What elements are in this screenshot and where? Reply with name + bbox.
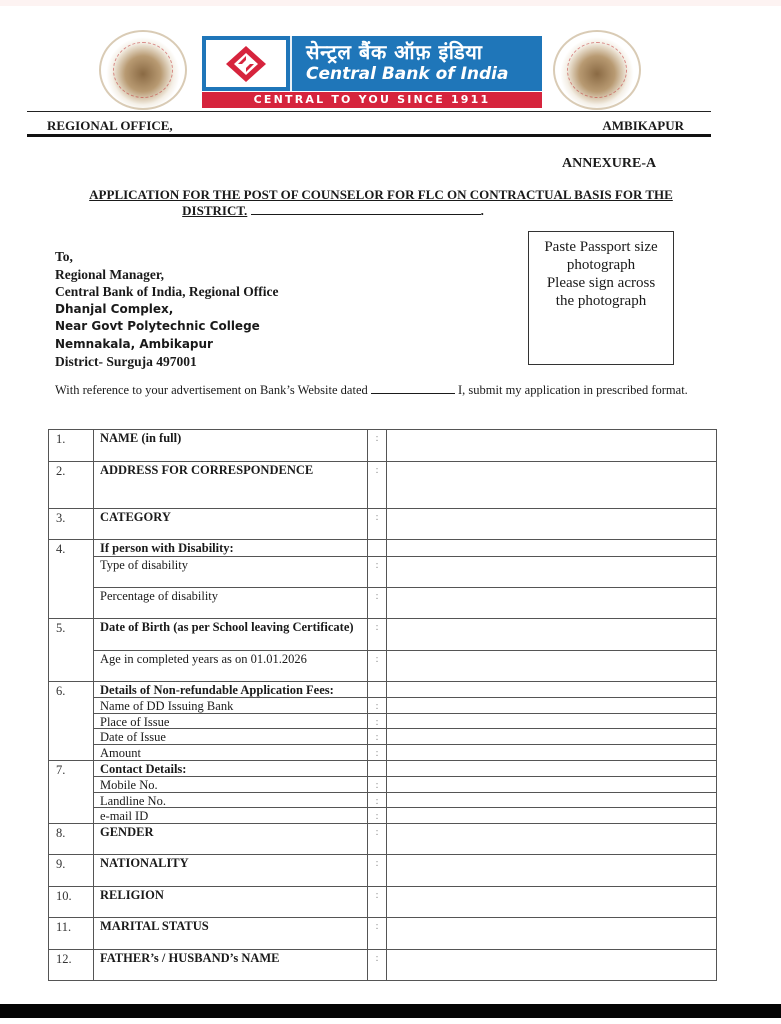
- field-value-input: [387, 540, 716, 556]
- field-label: NATIONALITY: [94, 855, 367, 886]
- address-line: District- Surguja 497001: [55, 353, 279, 371]
- photo-instruction: Paste Passport size: [529, 238, 673, 256]
- field-label: Amount: [94, 745, 367, 760]
- field-separator: :: [367, 824, 387, 855]
- field-label: CATEGORY: [94, 509, 367, 540]
- field-separator: :: [367, 698, 387, 713]
- form-field-row: CATEGORY:: [94, 509, 716, 540]
- photo-instruction: photograph: [529, 256, 673, 274]
- address-salutation: To,: [55, 248, 279, 266]
- form-field-row: Type of disability:: [94, 556, 716, 587]
- row-number: 3.: [49, 509, 93, 540]
- field-separator: [367, 761, 387, 777]
- field-value-input[interactable]: [387, 918, 716, 949]
- field-separator: :: [367, 793, 387, 808]
- row-number: 5.: [49, 619, 93, 681]
- field-label: ADDRESS FOR CORRESPONDENCE: [94, 462, 367, 508]
- field-value-input[interactable]: [387, 808, 716, 823]
- form-field-row: NAME (in full):: [94, 430, 716, 461]
- field-separator: :: [367, 430, 387, 461]
- top-edge-tint: [0, 0, 781, 6]
- row-number: 2.: [49, 462, 93, 508]
- form-field-row: Amount:: [94, 744, 716, 760]
- row-number: 10.: [49, 887, 93, 918]
- centenary-seal-icon: [553, 30, 641, 110]
- form-row: 10.RELIGION:: [49, 886, 716, 918]
- title-line-1: APPLICATION FOR THE POST OF COUNSELOR FO…: [89, 187, 673, 202]
- row-fields: Contact Details:Mobile No.:Landline No.:…: [93, 761, 716, 823]
- field-value-input[interactable]: [387, 651, 716, 681]
- field-separator: :: [367, 714, 387, 729]
- row-number: 9.: [49, 855, 93, 886]
- field-label: Date of Issue: [94, 729, 367, 744]
- page-footer-bar: [0, 1004, 781, 1018]
- field-separator: :: [367, 808, 387, 823]
- office-label-right: AMBIKAPUR: [602, 118, 684, 134]
- annexure-label: ANNEXURE-A: [562, 156, 656, 172]
- field-value-input[interactable]: [387, 745, 716, 760]
- form-field-row: Contact Details:: [94, 761, 716, 777]
- field-separator: :: [367, 619, 387, 650]
- row-fields: FATHER’s / HUSBAND’s NAME:: [93, 950, 716, 981]
- photo-instruction: Please sign across: [529, 274, 673, 292]
- field-separator: :: [367, 462, 387, 508]
- field-separator: [367, 540, 387, 556]
- field-label: Age in completed years as on 01.01.2026: [94, 651, 367, 681]
- address-line: Nemnakala, Ambikapur: [55, 336, 279, 354]
- field-value-input: [387, 682, 716, 698]
- form-row: 8.GENDER:: [49, 823, 716, 855]
- row-fields: Date of Birth (as per School leaving Cer…: [93, 619, 716, 681]
- title-district-label: DISTRICT.: [182, 203, 247, 218]
- row-number: 8.: [49, 824, 93, 855]
- row-number: 12.: [49, 950, 93, 981]
- field-value-input[interactable]: [387, 698, 716, 713]
- row-fields: If person with Disability:Type of disabi…: [93, 540, 716, 618]
- field-separator: :: [367, 887, 387, 918]
- central-bank-logo-icon: [224, 44, 268, 84]
- photo-instruction: the photograph: [529, 292, 673, 310]
- form-field-row: Landline No.:: [94, 792, 716, 808]
- intro-paragraph: With reference to your advertisement on …: [55, 383, 707, 398]
- form-field-row: Percentage of disability:: [94, 587, 716, 618]
- row-fields: MARITAL STATUS:: [93, 918, 716, 949]
- field-separator: :: [367, 588, 387, 618]
- form-row: 5.Date of Birth (as per School leaving C…: [49, 618, 716, 681]
- centenary-seal-icon: [99, 30, 187, 110]
- page-title: APPLICATION FOR THE POST OF COUNSELOR FO…: [60, 187, 702, 219]
- row-number: 11.: [49, 918, 93, 949]
- row-fields: GENDER:: [93, 824, 716, 855]
- bank-name-english: Central Bank of India: [306, 64, 508, 84]
- form-field-row: Mobile No.:: [94, 776, 716, 792]
- form-row: 2.ADDRESS FOR CORRESPONDENCE:: [49, 461, 716, 508]
- bank-logo-banner: सेन्ट्रल बैंक ऑफ़ इंडिया Central Bank of…: [202, 36, 542, 108]
- row-fields: RELIGION:: [93, 887, 716, 918]
- row-number: 1.: [49, 430, 93, 461]
- form-field-row: If person with Disability:: [94, 540, 716, 556]
- form-field-row: Age in completed years as on 01.01.2026:: [94, 650, 716, 681]
- header-rule-bottom: [27, 134, 711, 137]
- office-label-left: REGIONAL OFFICE,: [47, 118, 173, 134]
- field-value-input[interactable]: [387, 793, 716, 808]
- field-value-input[interactable]: [387, 619, 716, 650]
- field-label: Name of DD Issuing Bank: [94, 698, 367, 713]
- field-separator: :: [367, 950, 387, 981]
- row-fields: NATIONALITY:: [93, 855, 716, 886]
- form-field-row: RELIGION:: [94, 887, 716, 918]
- form-field-row: Name of DD Issuing Bank:: [94, 697, 716, 713]
- field-label: Mobile No.: [94, 777, 367, 792]
- field-separator: :: [367, 509, 387, 540]
- field-value-input: [387, 761, 716, 777]
- field-separator: :: [367, 855, 387, 886]
- form-row: 7.Contact Details:Mobile No.:Landline No…: [49, 760, 716, 823]
- field-label: Percentage of disability: [94, 588, 367, 618]
- field-separator: :: [367, 918, 387, 949]
- row-number: 7.: [49, 761, 93, 823]
- form-field-row: ADDRESS FOR CORRESPONDENCE:: [94, 462, 716, 508]
- row-fields: ADDRESS FOR CORRESPONDENCE:: [93, 462, 716, 508]
- field-label: NAME (in full): [94, 430, 367, 461]
- field-separator: [367, 682, 387, 698]
- form-field-row: NATIONALITY:: [94, 855, 716, 886]
- field-label: GENDER: [94, 824, 367, 855]
- field-value-input[interactable]: [387, 824, 716, 855]
- field-label: Landline No.: [94, 793, 367, 808]
- field-label: RELIGION: [94, 887, 367, 918]
- header-rule-top: [27, 111, 711, 112]
- row-fields: CATEGORY:: [93, 509, 716, 540]
- field-value-input[interactable]: [387, 887, 716, 918]
- form-field-row: Details of Non-refundable Application Fe…: [94, 682, 716, 698]
- row-fields: NAME (in full):: [93, 430, 716, 461]
- field-separator: :: [367, 745, 387, 760]
- district-blank-field[interactable]: [251, 204, 481, 215]
- intro-text-before: With reference to your advertisement on …: [55, 383, 368, 397]
- bank-name-hindi: सेन्ट्रल बैंक ऑफ़ इंडिया: [306, 38, 482, 65]
- field-value-input[interactable]: [387, 430, 716, 461]
- form-row: 9.NATIONALITY:: [49, 854, 716, 886]
- field-label: Date of Birth (as per School leaving Cer…: [94, 619, 367, 650]
- field-label: Place of Issue: [94, 714, 367, 729]
- passport-photo-box[interactable]: Paste Passport size photograph Please si…: [528, 231, 674, 365]
- field-label: FATHER’s / HUSBAND’s NAME: [94, 950, 367, 981]
- row-number: 6.: [49, 682, 93, 760]
- form-field-row: MARITAL STATUS:: [94, 918, 716, 949]
- form-field-row: Date of Issue:: [94, 728, 716, 744]
- field-value-input[interactable]: [387, 588, 716, 618]
- field-value-input[interactable]: [387, 950, 716, 981]
- address-line: Near Govt Polytechnic College: [55, 318, 279, 336]
- address-line: Dhanjal Complex,: [55, 301, 279, 319]
- field-separator: :: [367, 557, 387, 587]
- advertisement-date-blank[interactable]: [371, 384, 455, 394]
- title-line-2: DISTRICT. .: [0, 203, 702, 219]
- form-row: 3.CATEGORY:: [49, 508, 716, 540]
- form-row: 6.Details of Non-refundable Application …: [49, 681, 716, 760]
- bank-tagline: CENTRAL TO YOU SINCE 1911: [202, 92, 542, 108]
- field-separator: :: [367, 777, 387, 792]
- field-value-input[interactable]: [387, 462, 716, 508]
- logo-mark-box: [206, 40, 286, 87]
- recipient-address: To, Regional Manager, Central Bank of In…: [55, 248, 279, 371]
- row-fields: Details of Non-refundable Application Fe…: [93, 682, 716, 760]
- form-row: 4.If person with Disability:Type of disa…: [49, 539, 716, 618]
- field-label: MARITAL STATUS: [94, 918, 367, 949]
- field-label: Details of Non-refundable Application Fe…: [94, 682, 367, 698]
- form-field-row: e-mail ID:: [94, 807, 716, 823]
- field-value-input[interactable]: [387, 557, 716, 587]
- field-label: Contact Details:: [94, 761, 367, 777]
- form-field-row: FATHER’s / HUSBAND’s NAME:: [94, 950, 716, 981]
- field-value-input[interactable]: [387, 729, 716, 744]
- form-field-row: Place of Issue:: [94, 713, 716, 729]
- field-label: If person with Disability:: [94, 540, 367, 556]
- address-line: Regional Manager,: [55, 266, 279, 284]
- intro-text-after: I, submit my application in prescribed f…: [458, 383, 688, 397]
- field-separator: :: [367, 729, 387, 744]
- row-number: 4.: [49, 540, 93, 618]
- field-value-input[interactable]: [387, 509, 716, 540]
- application-form-table: 1.NAME (in full):2.ADDRESS FOR CORRESPON…: [48, 429, 717, 981]
- form-row: 11.MARITAL STATUS:: [49, 917, 716, 949]
- form-row: 1.NAME (in full):: [49, 430, 716, 461]
- field-value-input[interactable]: [387, 855, 716, 886]
- form-row: 12.FATHER’s / HUSBAND’s NAME:: [49, 949, 716, 981]
- field-value-input[interactable]: [387, 714, 716, 729]
- field-value-input[interactable]: [387, 777, 716, 792]
- title-period: .: [481, 203, 484, 218]
- logo-divider: [290, 36, 292, 91]
- field-label: Type of disability: [94, 557, 367, 587]
- field-label: e-mail ID: [94, 808, 367, 823]
- form-field-row: Date of Birth (as per School leaving Cer…: [94, 619, 716, 650]
- address-line: Central Bank of India, Regional Office: [55, 283, 279, 301]
- field-separator: :: [367, 651, 387, 681]
- form-field-row: GENDER:: [94, 824, 716, 855]
